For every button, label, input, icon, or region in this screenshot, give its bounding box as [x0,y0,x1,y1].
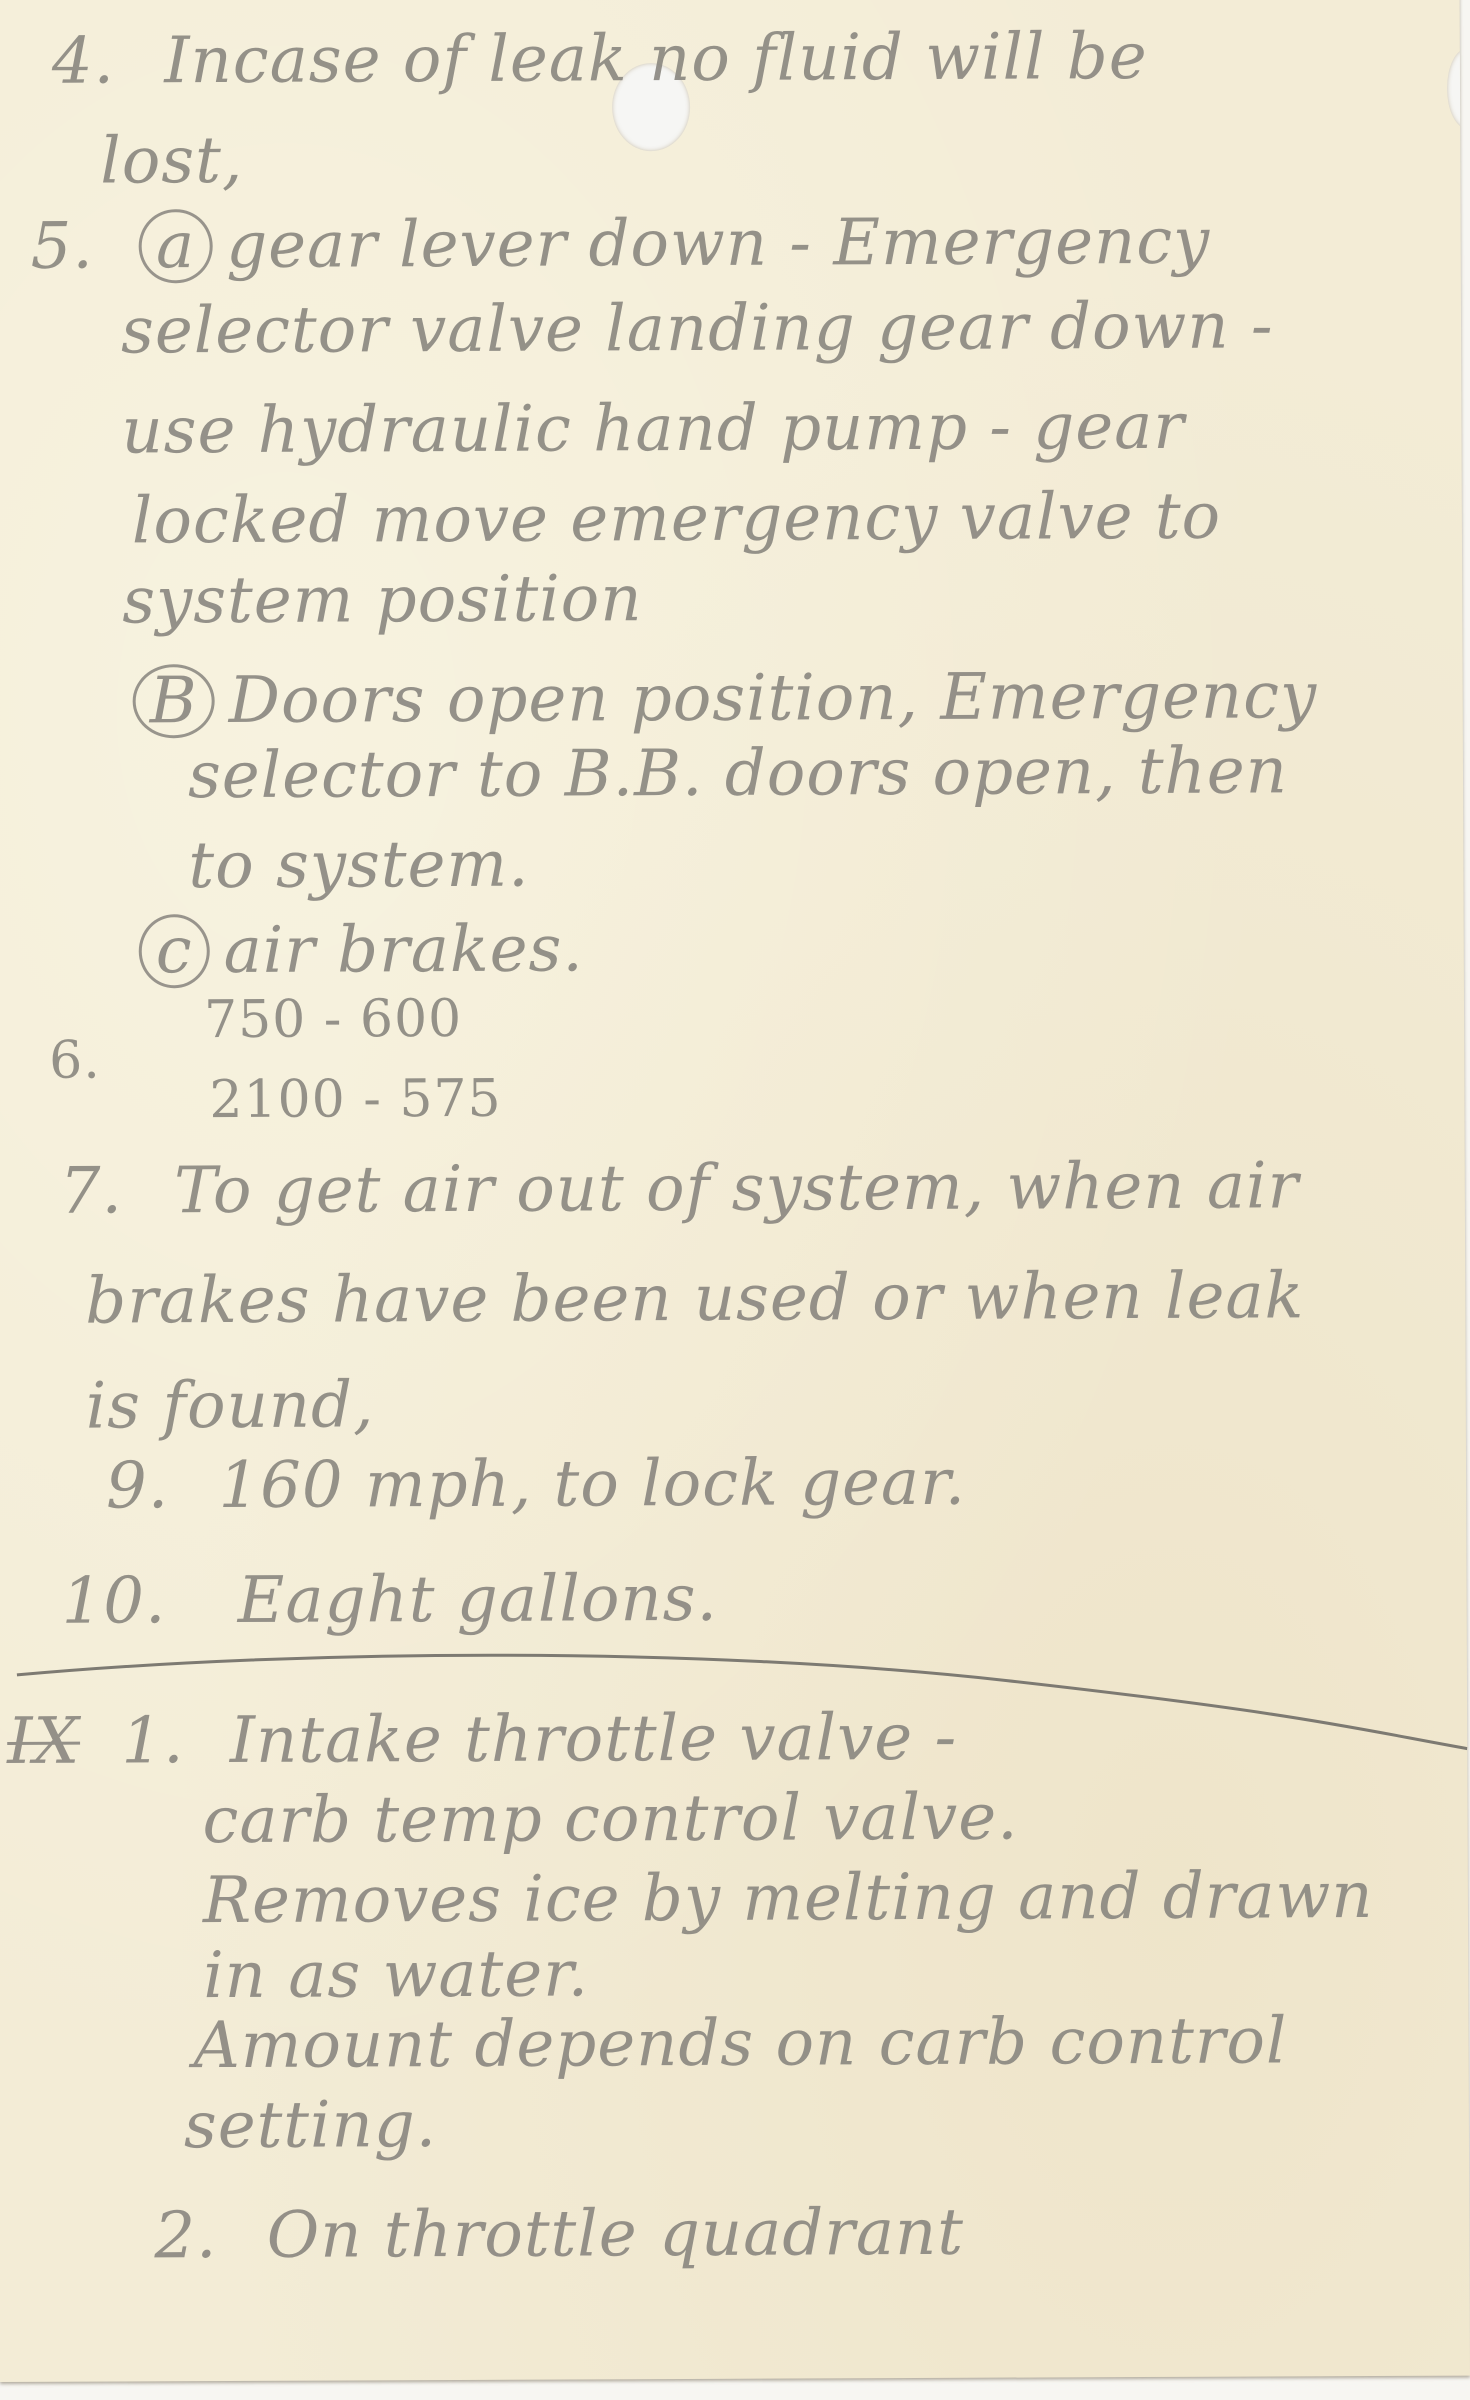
item-5-line-2: selector valve landing gear down - [121,294,1274,363]
item-text: Incase of leak no fluid will be [164,20,1148,98]
item-text: Doors open position, Emergency [229,659,1318,738]
item-marker: 10. [61,1564,166,1638]
section-number: IX [7,1705,80,1779]
section-ix-line-2: carb temp control valve. [202,1786,1018,1854]
circled-letter-b: B [133,664,215,738]
section-ix-line-3: Removes ice by melting and drawn [203,1864,1374,1933]
note-card: 4. Incase of leak no fluid will be lost,… [0,0,1470,2382]
item-7-line-2: brakes have been used or when leak [85,1264,1304,1333]
item-6-marker: 6. [49,1035,101,1087]
item-marker: 4. [52,24,115,98]
item-marker: 1. [121,1704,184,1778]
item-marker: 2. [154,2199,217,2273]
item-text: air brakes. [223,912,583,988]
item-10-line: 10. Eaght gallons. [61,1567,718,1634]
item-5-c-line: cair brakes. [139,912,584,988]
item-text: To get air out of system, when air [174,1149,1299,1228]
section-ix-line-1: IX 1. Intake throttle valve - [7,1706,957,1774]
section-ix-line-5: Amount depends on carb control [193,2009,1287,2078]
section-ix-line-6: setting. [184,2093,437,2158]
section-ix-line-4: in as water. [203,1942,589,2008]
item-4-line-1: 4. Incase of leak no fluid will be [52,25,1148,94]
item-text: Eaght gallons. [238,1562,718,1638]
item-text: Intake throttle valve - [230,1701,958,1778]
punch-hole-partial [1447,48,1470,128]
item-5-line-5: system position [122,567,642,633]
item-marker: 7. [60,1154,123,1228]
item-5-line-1: 5. agear lever down - Emergency [31,205,1211,284]
item-5-b-line-3: to system. [188,833,529,898]
item-marker: 5. [31,210,94,284]
item-text: 160 mph, to lock gear. [218,1446,966,1523]
item-9-line: 9. 160 mph, to lock gear. [106,1451,966,1519]
item-marker: 9. [106,1449,169,1523]
item-6-value-1: 750 - 600 [204,993,462,1046]
item-5-line-4: locked move emergency valve to [132,485,1222,554]
item-text: On throttle quadrant [267,2196,965,2273]
item-text: gear lever down - Emergency [226,205,1210,283]
item-4-line-2: lost, [100,129,243,194]
section-ix-item-2-line: 2. On throttle quadrant [154,2201,964,2269]
circled-letter-a: a [139,209,212,283]
item-7-line-1: 7. To get air out of system, when air [60,1154,1300,1223]
item-5-line-3: use hydraulic hand pump - gear [121,395,1185,464]
item-5-b-line-1: BDoors open position, Emergency [133,659,1318,738]
item-6-value-2: 2100 - 575 [209,1073,501,1126]
item-5-b-line-2: selector to B.B. doors open, then [188,739,1288,808]
item-7-line-3: is found, [86,1373,375,1438]
circled-letter-c: c [139,914,210,988]
